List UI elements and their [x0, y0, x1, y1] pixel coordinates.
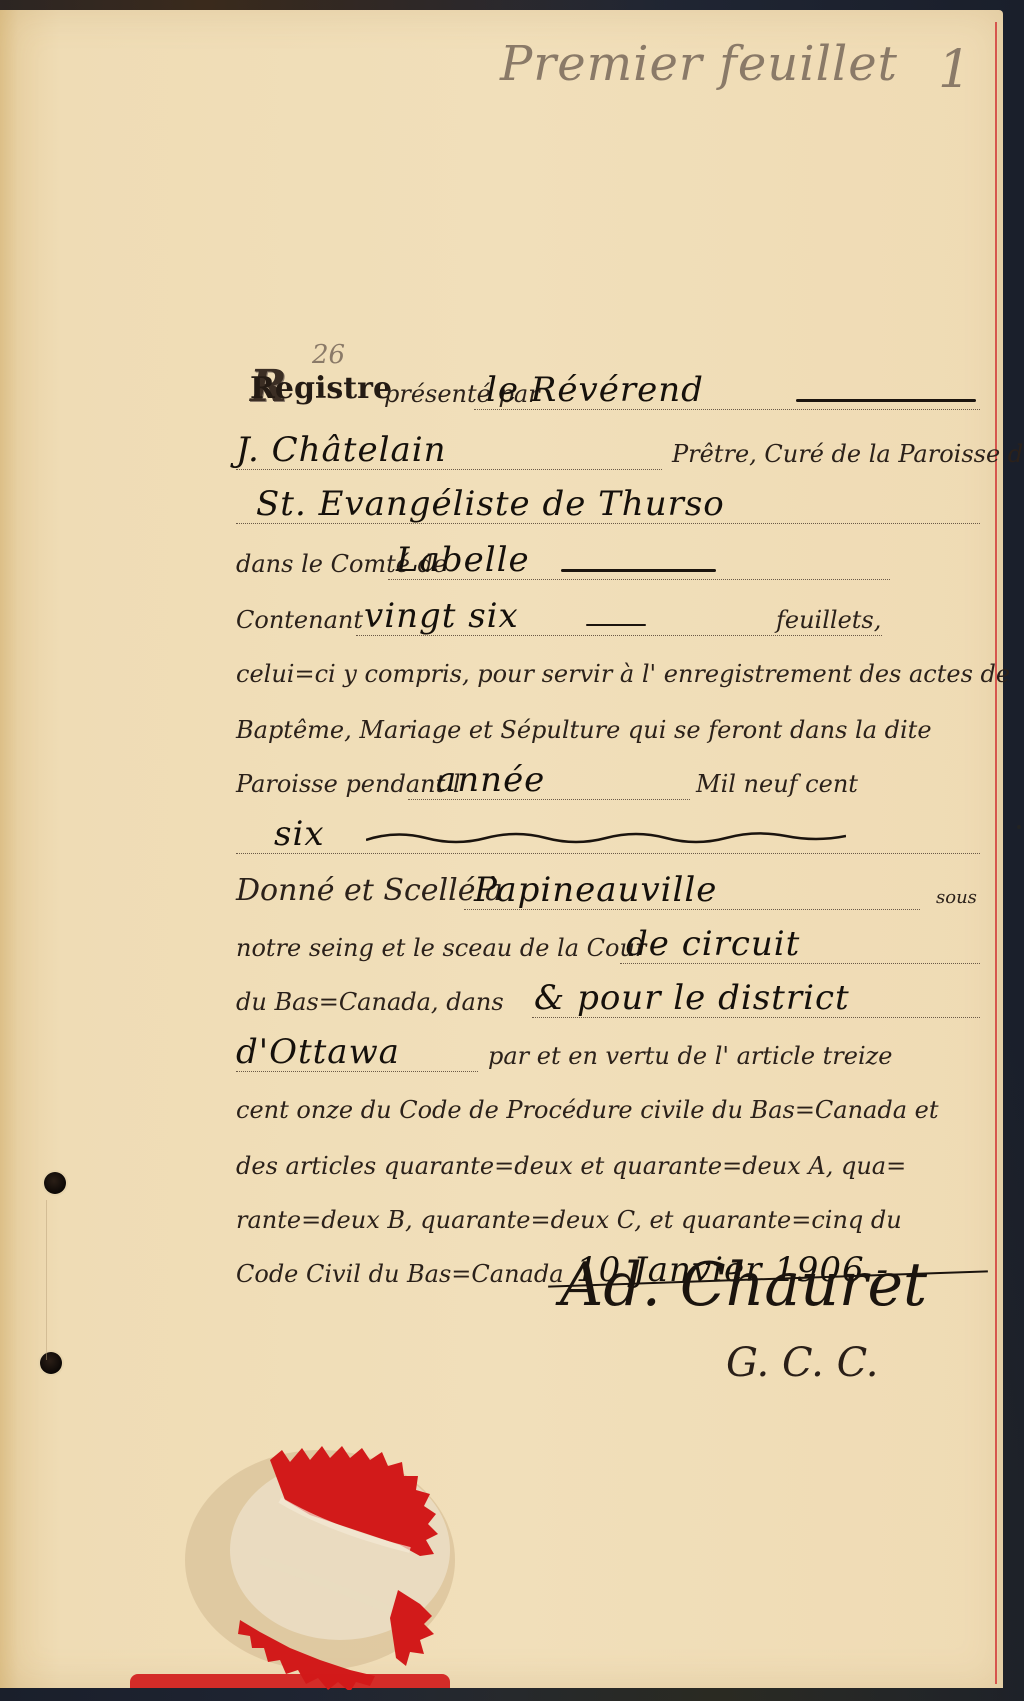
- line-7: Baptême, Mariage et Sépulture qui se fer…: [236, 696, 980, 752]
- printed-text: sous: [936, 887, 977, 908]
- line-11: notre seing et le sceau de la Cour de ci…: [236, 914, 980, 970]
- printed-text: par et en vertu de l' article treize: [488, 1042, 893, 1070]
- signature-title: G. C. C.: [726, 1340, 878, 1386]
- ink-dash: [561, 569, 716, 572]
- punch-hole-top: [44, 1172, 66, 1194]
- paper-tear: [6, 1200, 47, 1360]
- line-15: des articles quarante=deux et quarante=d…: [236, 1132, 980, 1188]
- red-wax-smear: [130, 1674, 450, 1688]
- line-3: St. Evangéliste de Thurso: [236, 474, 980, 530]
- printed-text: Mil neuf cent: [696, 770, 858, 798]
- line-1: R Registre présenté par le Révérend: [236, 360, 980, 416]
- line-14: cent onze du Code de Procédure civile du…: [236, 1076, 980, 1132]
- line-8: Paroisse pendant l' année Mil neuf cent: [236, 750, 980, 806]
- register-page: Premier feuillet 1 26 R Registre présent…: [0, 10, 1003, 1688]
- filled-text: Labelle: [396, 540, 530, 580]
- line-6: celui=ci y compris, pour servir à l' enr…: [236, 640, 980, 696]
- printed-text: Donné et Scellé à: [236, 873, 503, 908]
- line-10: Donné et Scellé à Papineauville sous: [236, 860, 980, 916]
- printed-text: Code Civil du Bas=Canada: [236, 1260, 564, 1288]
- filled-text: année: [436, 760, 545, 800]
- folio-label: Premier feuillet: [500, 36, 898, 92]
- printed-text: des articles quarante=deux et quarante=d…: [236, 1152, 906, 1180]
- filled-text: St. Evangéliste de Thurso: [256, 484, 725, 524]
- registre-heading: Registre: [250, 371, 392, 406]
- filled-text: & pour le district: [534, 978, 850, 1018]
- filled-text: vingt six: [364, 596, 519, 636]
- line-16: rante=deux B, quarante=deux C, et quaran…: [236, 1186, 980, 1242]
- line-9: six: [236, 804, 980, 860]
- line-2: J. Châtelain Prêtre, Curé de la Paroisse…: [236, 420, 980, 476]
- filled-text: le Révérend: [486, 370, 704, 410]
- filled-text: six: [274, 814, 325, 854]
- ink-dash: [796, 399, 976, 402]
- ink-dash: [586, 624, 646, 626]
- filled-text: Papineauville: [474, 870, 717, 910]
- red-seal-icon: [170, 1420, 490, 1690]
- folio-number: 1: [938, 40, 971, 100]
- printed-text: Prêtre, Curé de la Paroisse de: [672, 440, 1024, 468]
- fill-rule: [236, 853, 980, 854]
- printed-text: Contenant: [236, 606, 363, 634]
- printed-text: cent onze du Code de Procédure civile du…: [236, 1096, 939, 1124]
- filled-text: d'Ottawa: [236, 1032, 400, 1072]
- wavy-fill-line-icon: [366, 830, 846, 846]
- printed-text: celui=ci y compris, pour servir à l' enr…: [236, 660, 1010, 688]
- line-5: Contenant vingt six feuillets,: [236, 586, 980, 642]
- line-12: du Bas=Canada, dans & pour le district: [236, 968, 980, 1024]
- red-margin-rule: [995, 22, 997, 1684]
- line-4: dans le Comté de Labelle: [236, 530, 980, 586]
- printed-text: feuillets,: [776, 606, 881, 634]
- line-13: d'Ottawa par et en vertu de l' article t…: [236, 1022, 980, 1078]
- printed-text: Paroisse pendant l': [236, 770, 467, 798]
- filled-text: J. Châtelain: [236, 430, 447, 470]
- printed-text: Baptême, Mariage et Sépulture qui se fer…: [236, 716, 932, 744]
- filled-text: de circuit: [626, 924, 800, 964]
- printed-text: rante=deux B, quarante=deux C, et quaran…: [236, 1206, 902, 1234]
- printed-text: du Bas=Canada, dans: [236, 988, 504, 1016]
- stray-mark: [1017, 825, 1021, 829]
- printed-text: notre seing et le sceau de la Cour: [236, 934, 646, 962]
- page-edge: [998, 30, 1003, 1688]
